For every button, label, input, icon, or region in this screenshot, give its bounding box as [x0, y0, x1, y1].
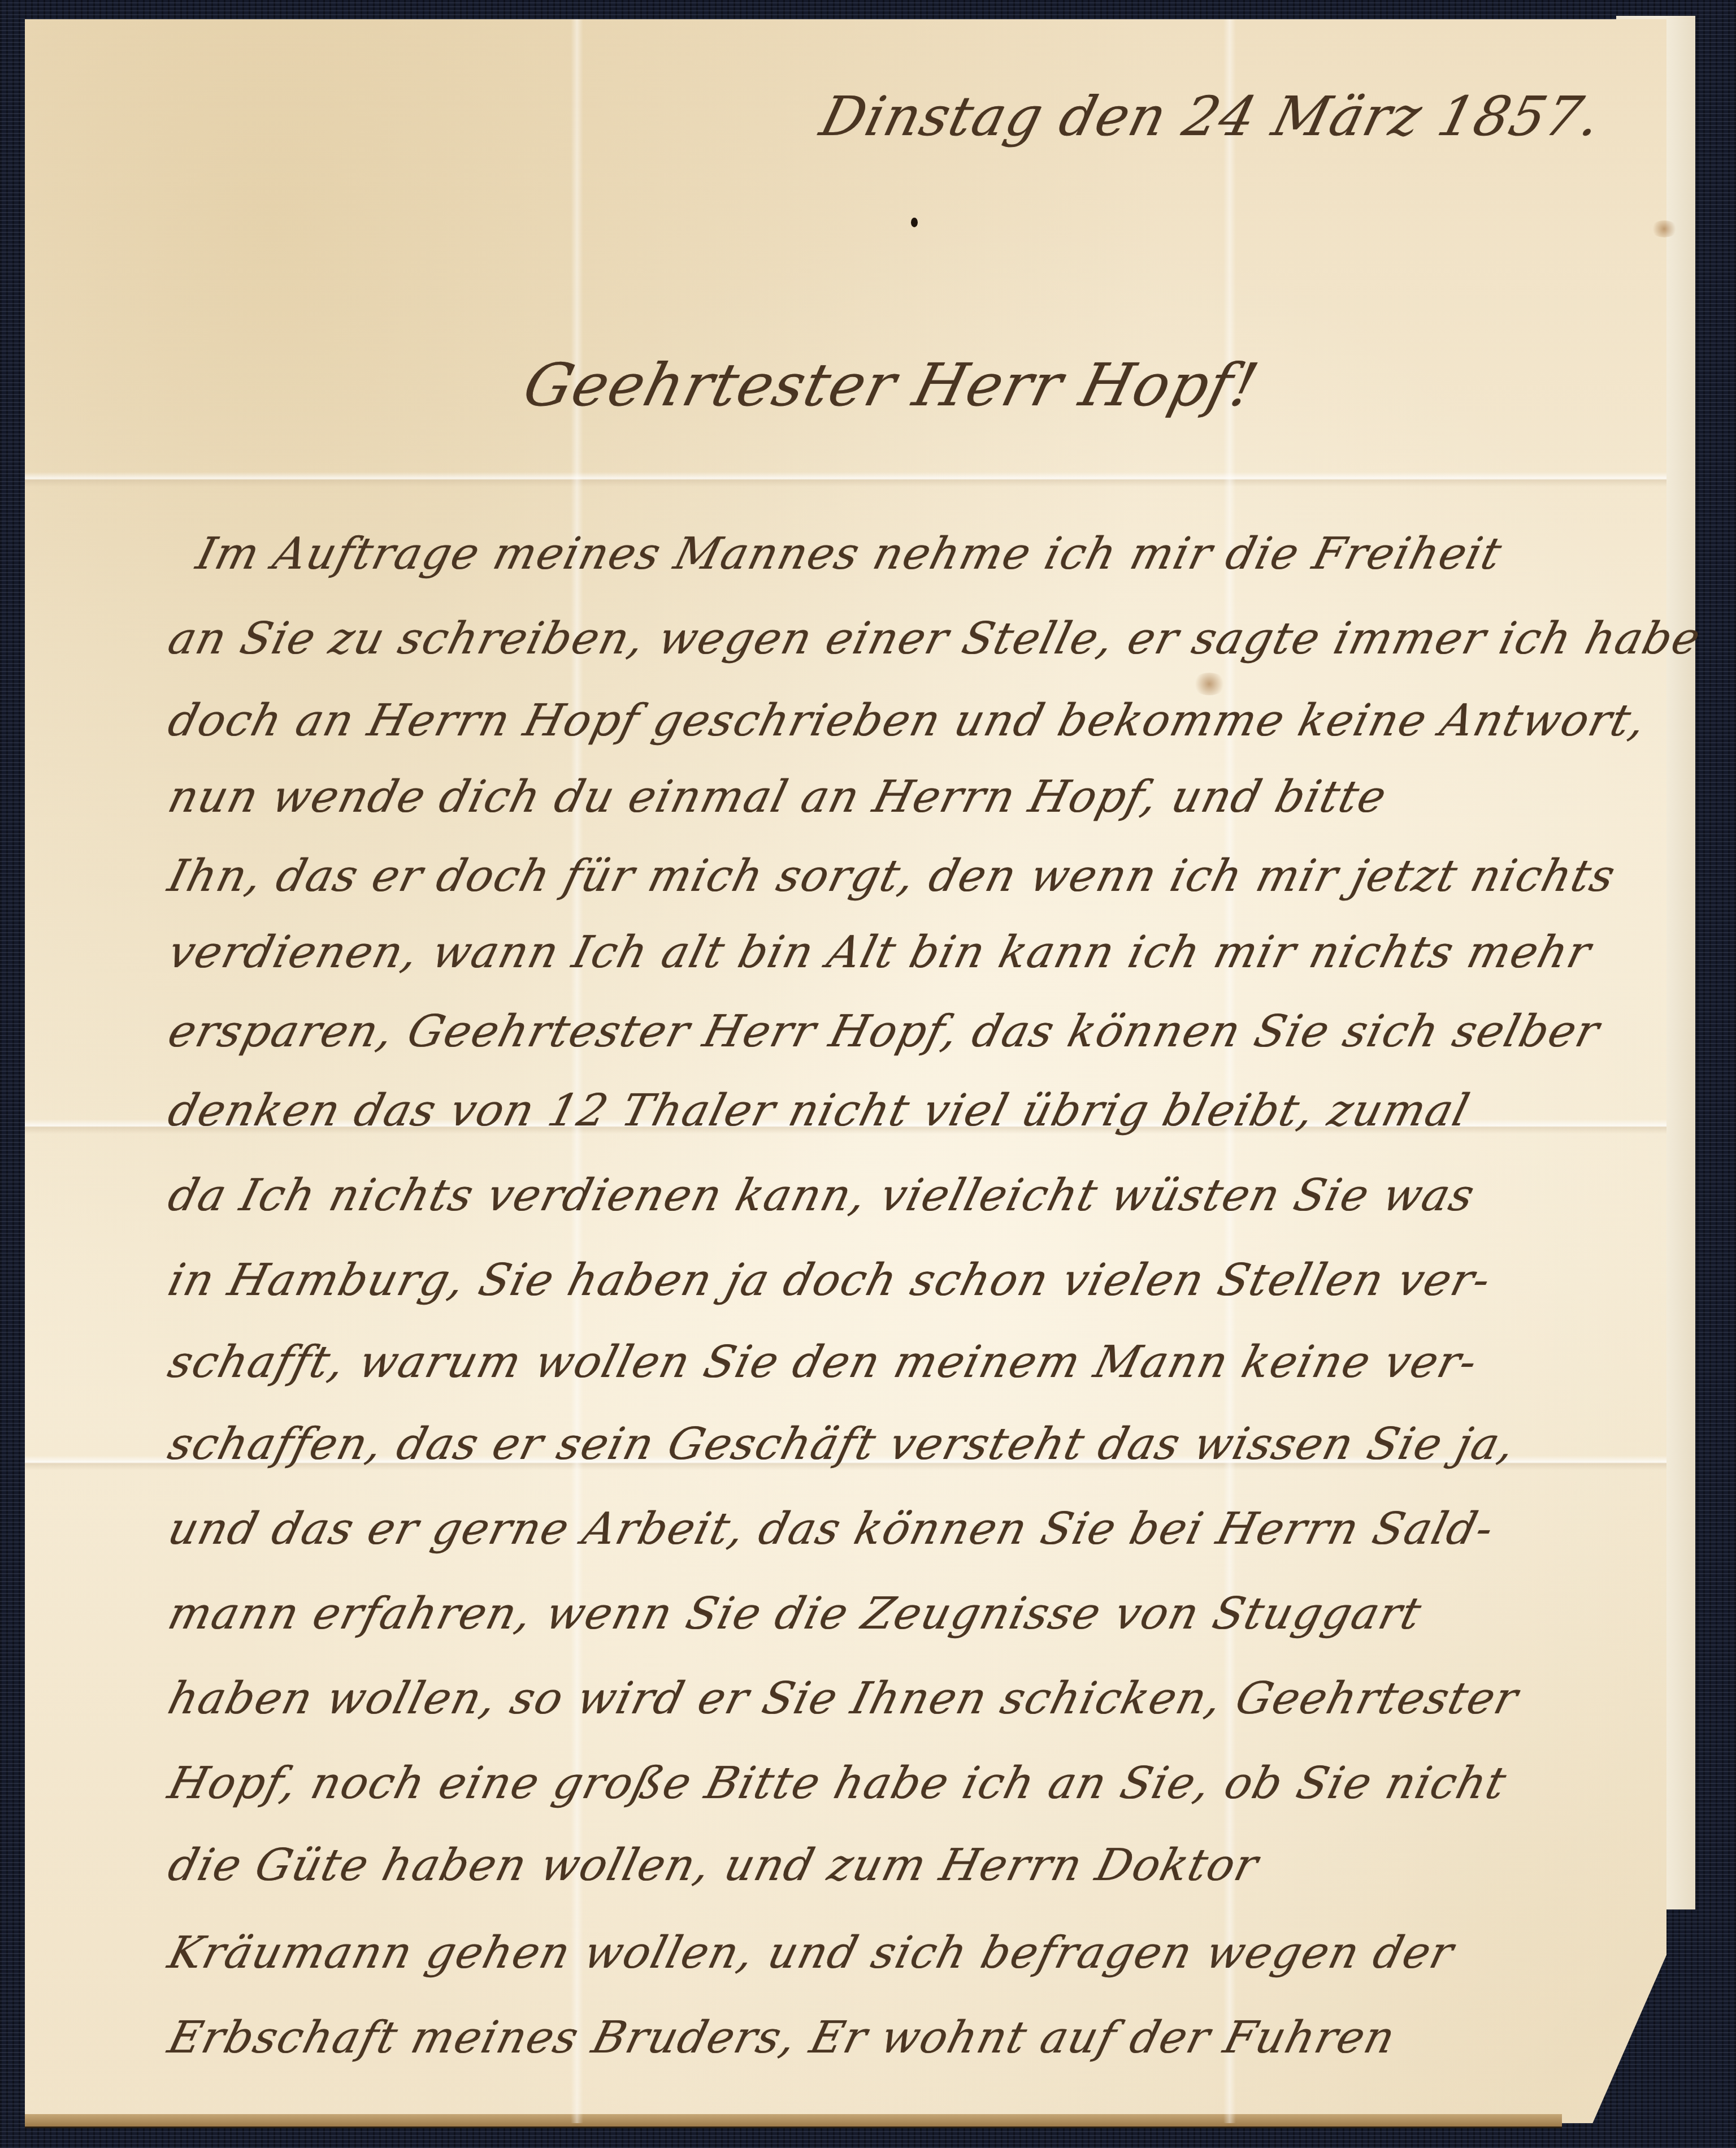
stain: [1192, 673, 1226, 695]
body-line: Erbschaft meines Bruders, Er wohnt auf d…: [163, 2012, 1401, 2063]
stain: [1650, 220, 1678, 237]
body-line: schafft, warum wollen Sie den meinem Man…: [163, 1337, 1483, 1388]
body-line: verdienen, wann Ich alt bin Alt bin kann…: [163, 927, 1597, 978]
salutation: Geehrtester Herr Hopf!: [517, 350, 1266, 419]
body-line: Ihn, das er doch für mich sorgt, den wen…: [163, 851, 1621, 902]
body-line: Kräumann gehen wollen, und sich befragen…: [163, 1928, 1460, 1978]
body-line: Hopf, noch eine große Bitte habe ich an …: [163, 1758, 1512, 1809]
body-line: die Güte haben wollen, und zum Herrn Dok…: [163, 1840, 1264, 1891]
body-line: in Hamburg, Sie haben ja doch schon viel…: [163, 1255, 1496, 1306]
body-line: ersparen, Geehrtester Herr Hopf, das kön…: [163, 1006, 1605, 1057]
body-line: denken das von 12 Thaler nicht viel übri…: [163, 1085, 1475, 1136]
body-line: an Sie zu schreiben, wegen einer Stelle,…: [163, 613, 1707, 664]
dateline: Dinstag den 24 März 1857.: [814, 85, 1608, 148]
body-line: doch an Herrn Hopf geschrieben und bekom…: [163, 695, 1652, 746]
ink-blot: [911, 218, 918, 227]
body-line: da Ich nichts verdienen kann, vielleicht…: [163, 1170, 1481, 1221]
page-edge: [25, 2114, 1562, 2128]
body-line: nun wende dich du einmal an Herrn Hopf, …: [163, 772, 1392, 822]
fold-line-horizontal: [25, 472, 1666, 487]
body-line: schaffen, das er sein Geschäft versteht …: [163, 1419, 1521, 1470]
body-line: mann erfahren, wenn Sie die Zeugnisse vo…: [163, 1588, 1427, 1639]
body-line: haben wollen, so wird er Sie Ihnen schic…: [163, 1673, 1524, 1724]
body-line: und das er gerne Arbeit, das können Sie …: [163, 1504, 1500, 1554]
body-line: Im Auftrage meines Mannes nehme ich mir …: [192, 529, 1508, 579]
